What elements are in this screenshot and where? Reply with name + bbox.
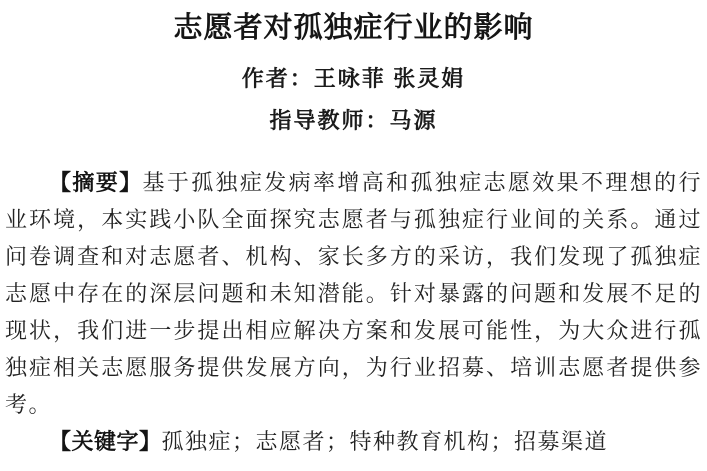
abstract-paragraph: 【摘要】基于孤独症发病率增高和孤独症志愿效果不理想的行业环境，本实践小队全面探究…: [5, 164, 702, 423]
author-line: 作者：王咏菲 张灵娟: [5, 64, 702, 94]
document-page: 志愿者对孤独症行业的影响 作者：王咏菲 张灵娟 指导教师：马源 【摘要】基于孤独…: [0, 0, 707, 471]
document-title: 志愿者对孤独症行业的影响: [5, 8, 702, 48]
advisor-line: 指导教师：马源: [5, 106, 702, 136]
keywords-label: 【关键字】: [49, 429, 162, 454]
keywords-paragraph: 【关键字】孤独症；志愿者；特种教育机构；招募渠道: [5, 423, 702, 460]
keywords-text: 孤独症；志愿者；特种教育机构；招募渠道: [162, 429, 609, 454]
abstract-label: 【摘要】: [49, 170, 142, 195]
abstract-text: 基于孤独症发病率增高和孤独症志愿效果不理想的行业环境，本实践小队全面探究志愿者与…: [5, 170, 702, 417]
